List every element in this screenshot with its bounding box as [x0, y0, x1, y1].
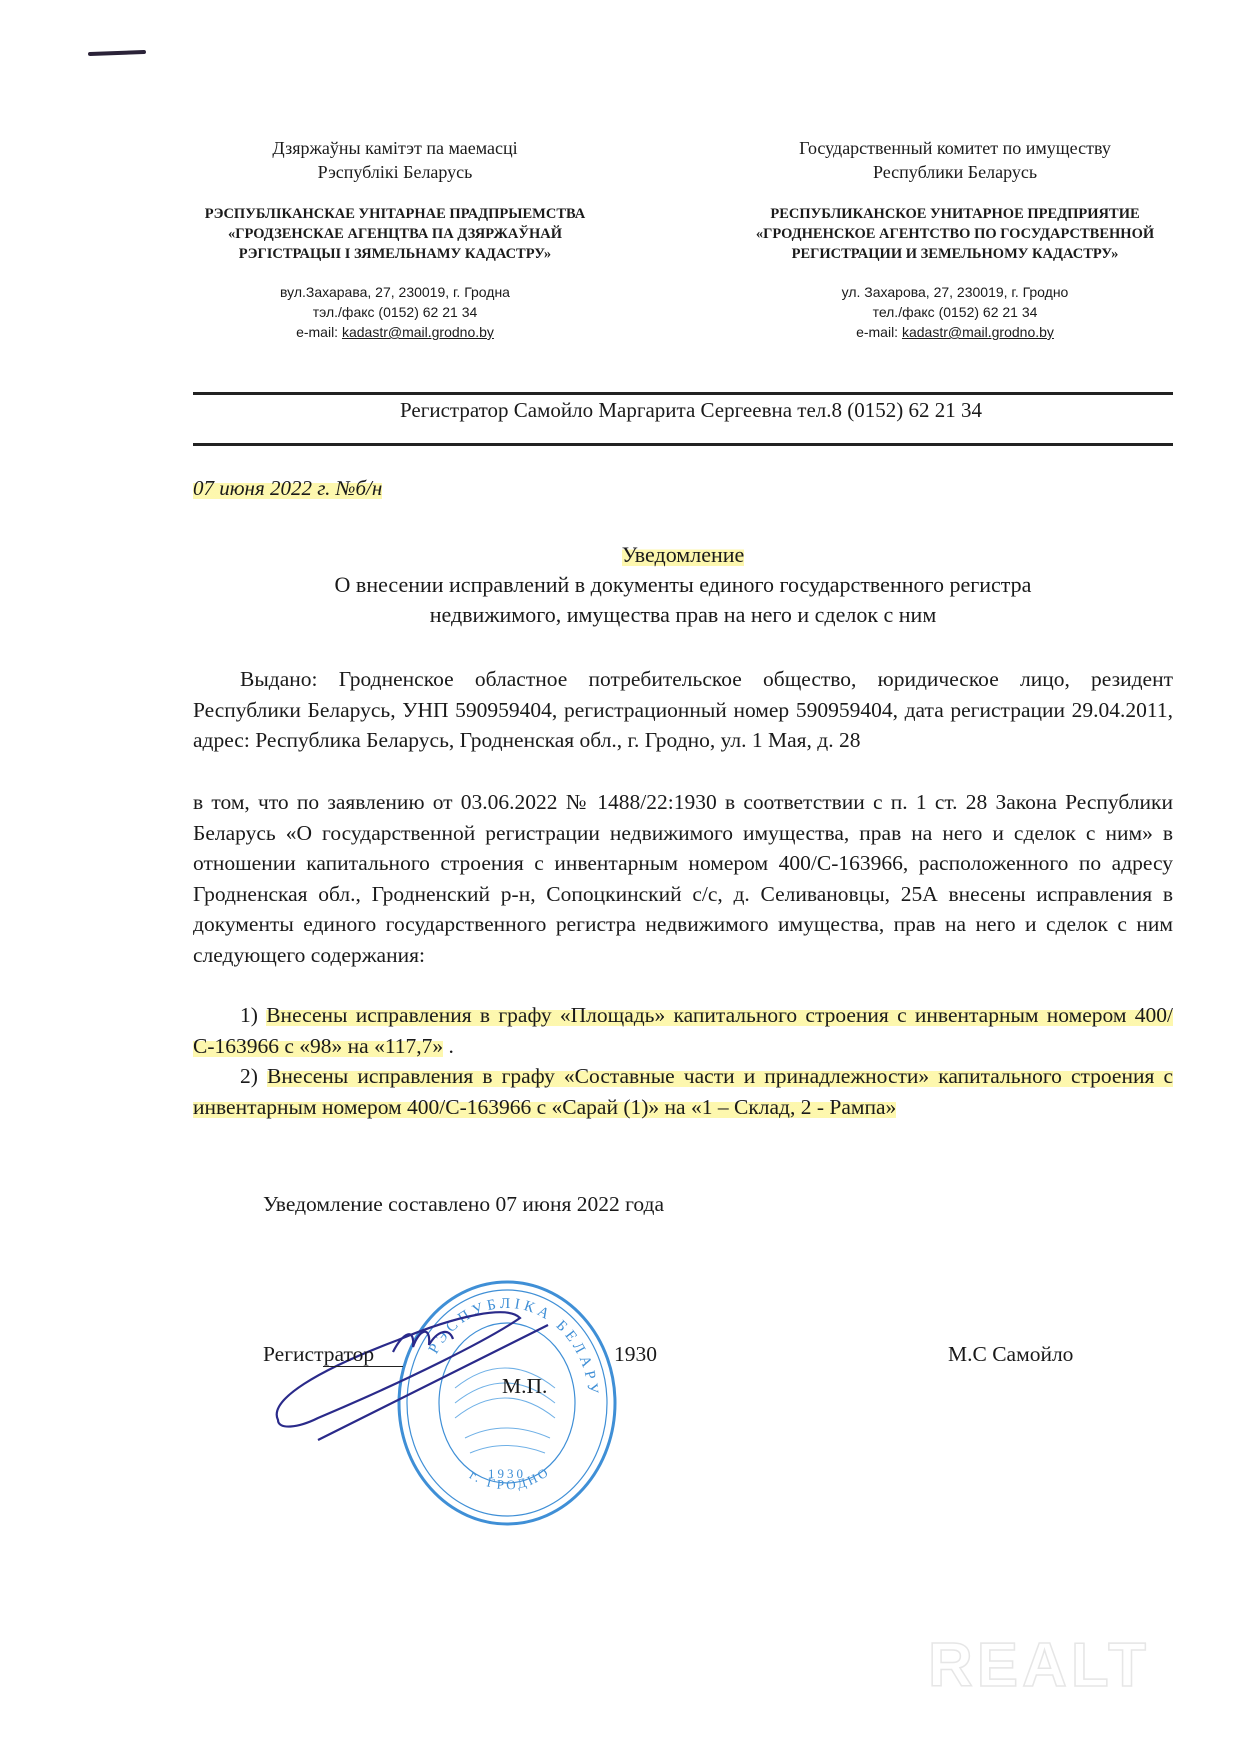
registrar-line: Регистратор Самойло Маргарита Сергеевна …: [400, 398, 982, 423]
stamp-place-mark: М.П.: [502, 1374, 547, 1399]
composed-note: Уведомление составлено 07 июня 2022 года: [263, 1192, 664, 1217]
email-link[interactable]: kadastr@mail.grodno.by: [902, 324, 1054, 340]
address: вул.Захарава, 27, 230019, г. Гродна: [170, 282, 620, 302]
org-name-by: РЭСПУБЛІКАНСКАЕ УНІТАРНАЕ ПРАДПРЫЕМСТВА …: [170, 204, 620, 264]
address: ул. Захарова, 27, 230019, г. Гродно: [720, 282, 1190, 302]
corrections-list: 1) Внесены исправления в графу «Площадь»…: [193, 1000, 1173, 1122]
contact-by: вул.Захарава, 27, 230019, г. Гродна тэл.…: [170, 282, 620, 342]
contact-ru: ул. Захарова, 27, 230019, г. Гродно тел.…: [720, 282, 1190, 342]
ministry-name-by: Дзяржаўны камітэт па маемасці Рэспублікі…: [170, 136, 620, 184]
header-right: Государственный комитет по имуществу Рес…: [720, 136, 1190, 342]
header-divider-top: [193, 392, 1173, 395]
registrar-name: М.С Самойло: [948, 1342, 1073, 1367]
header-divider-bottom: [193, 443, 1173, 446]
clause-paragraph: в том, что по заявлению от 03.06.2022 № …: [193, 787, 1173, 970]
svg-text:1930: 1930: [488, 1466, 526, 1481]
realt-watermark-logo: REALT: [928, 1630, 1150, 1701]
ministry-name-ru: Государственный комитет по имуществу Рес…: [720, 136, 1190, 184]
correction-item-2: 2) Внесены исправления в графу «Составны…: [193, 1061, 1173, 1122]
header-left: Дзяржаўны камітэт па маемасці Рэспублікі…: [170, 136, 620, 342]
correction-item-1: 1) Внесены исправления в графу «Площадь»…: [193, 1000, 1173, 1061]
registrar-number: 1930: [614, 1342, 657, 1367]
issued-to-paragraph: Выдано: Гродненское областное потребител…: [193, 664, 1173, 756]
email-link[interactable]: kadastr@mail.grodno.by: [342, 324, 494, 340]
org-name-ru: РЕСПУБЛИКАНСКОЕ УНИТАРНОЕ ПРЕДПРИЯТИЕ «Г…: [720, 204, 1190, 264]
pen-mark: [88, 50, 146, 56]
document-subtitle: О внесении исправлений в документы едино…: [193, 570, 1173, 630]
phone: тэл./факс (0152) 62 21 34: [170, 302, 620, 322]
phone: тел./факс (0152) 62 21 34: [720, 302, 1190, 322]
document-date-number: 07 июня 2022 г. №б/н: [193, 476, 382, 501]
document-title: Уведомление: [193, 540, 1173, 570]
signature-label: Регистратор: [263, 1342, 374, 1367]
